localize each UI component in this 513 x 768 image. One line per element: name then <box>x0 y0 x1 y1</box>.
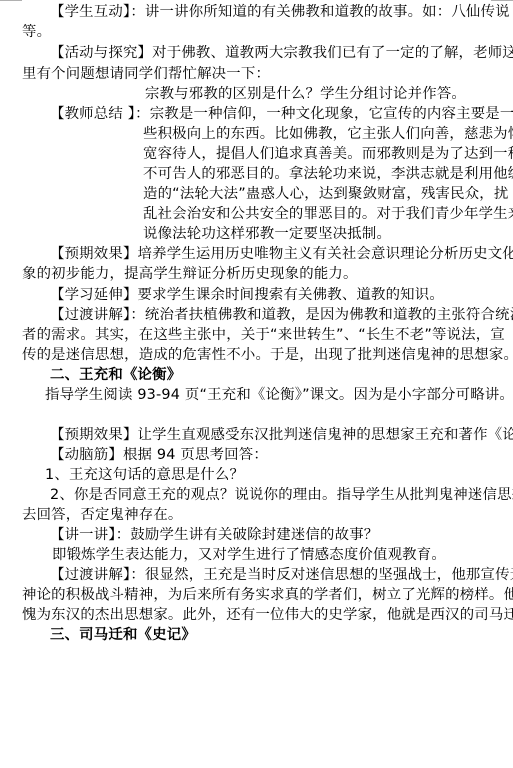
document-page-flow <box>0 0 513 768</box>
